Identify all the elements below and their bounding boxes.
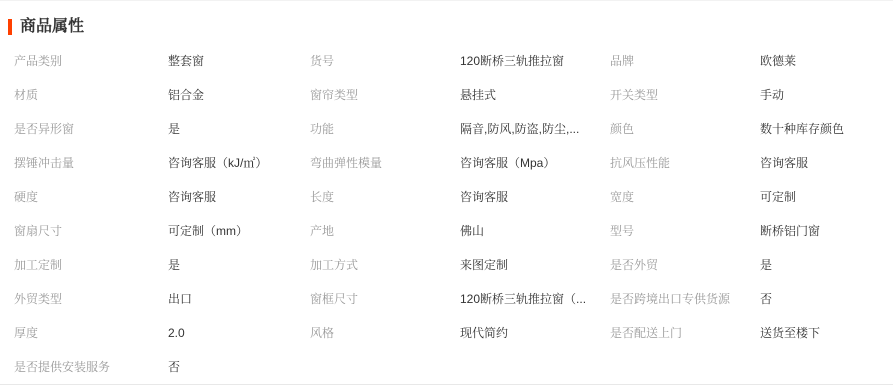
table-row: 产品类别 整套窗 货号 120断桥三轨推拉窗 品牌 欧德莱 xyxy=(14,44,893,78)
table-row: 厚度 2.0 风格 现代简约 是否配送上门 送货至楼下 xyxy=(14,316,893,350)
attr-value: 断桥铝门窗 xyxy=(760,214,893,248)
attr-value: 欧德莱 xyxy=(760,44,893,78)
attr-value: 咨询客服（Mpa） xyxy=(460,146,610,180)
attr-label: 型号 xyxy=(610,214,760,248)
attr-value: 咨询客服（kJ/㎡） xyxy=(168,146,310,180)
attr-value: 佛山 xyxy=(460,214,610,248)
attr-value: 咨询客服 xyxy=(460,180,610,214)
attr-value: 120断桥三轨推拉窗 xyxy=(460,44,610,78)
attr-label: 是否跨境出口专供货源 xyxy=(610,282,760,316)
attr-value: 是 xyxy=(760,248,893,282)
attr-value: 120断桥三轨推拉窗（... xyxy=(460,282,610,316)
attr-value: 铝合金 xyxy=(168,78,310,112)
attr-value: 来图定制 xyxy=(460,248,610,282)
attr-value: 现代简约 xyxy=(460,316,610,350)
attr-label: 厚度 xyxy=(14,316,168,350)
attr-label: 品牌 xyxy=(610,44,760,78)
attr-label: 风格 xyxy=(310,316,460,350)
attr-label: 抗风压性能 xyxy=(610,146,760,180)
attr-label: 材质 xyxy=(14,78,168,112)
attr-label: 颜色 xyxy=(610,112,760,146)
attr-label: 加工方式 xyxy=(310,248,460,282)
accent-bar xyxy=(8,19,12,35)
attr-value: 悬挂式 xyxy=(460,78,610,112)
page-title: 商品属性 xyxy=(20,17,84,37)
attributes-table: 产品类别 整套窗 货号 120断桥三轨推拉窗 品牌 欧德莱 材质 铝合金 窗帘类… xyxy=(0,44,893,384)
attr-label: 窗框尺寸 xyxy=(310,282,460,316)
section-header: 商品属性 xyxy=(0,1,893,37)
product-attributes-panel: 商品属性 产品类别 整套窗 货号 120断桥三轨推拉窗 品牌 欧德莱 材质 铝合… xyxy=(0,0,893,391)
attr-value: 出口 xyxy=(168,282,310,316)
attr-value: 咨询客服 xyxy=(168,180,310,214)
attr-label: 货号 xyxy=(310,44,460,78)
table-row: 外贸类型 出口 窗框尺寸 120断桥三轨推拉窗（... 是否跨境出口专供货源 否 xyxy=(14,282,893,316)
attr-label: 是否外贸 xyxy=(610,248,760,282)
attr-label: 开关类型 xyxy=(610,78,760,112)
attr-label: 产地 xyxy=(310,214,460,248)
attr-value: 数十种库存颜色 xyxy=(760,112,893,146)
attr-label: 硬度 xyxy=(14,180,168,214)
attr-value: 是 xyxy=(168,248,310,282)
table-row: 摆锤冲击量 咨询客服（kJ/㎡） 弯曲弹性模量 咨询客服（Mpa） 抗风压性能 … xyxy=(14,146,893,180)
table-row: 材质 铝合金 窗帘类型 悬挂式 开关类型 手动 xyxy=(14,78,893,112)
table-row: 是否异形窗 是 功能 隔音,防风,防盗,防尘,... 颜色 数十种库存颜色 xyxy=(14,112,893,146)
attr-label: 功能 xyxy=(310,112,460,146)
attr-value: 手动 xyxy=(760,78,893,112)
attr-label: 外贸类型 xyxy=(14,282,168,316)
attr-label: 宽度 xyxy=(610,180,760,214)
attr-label: 长度 xyxy=(310,180,460,214)
attr-value: 是 xyxy=(168,112,310,146)
attr-label: 是否异形窗 xyxy=(14,112,168,146)
table-row: 是否提供安装服务 否 xyxy=(14,350,893,384)
attr-label: 窗扇尺寸 xyxy=(14,214,168,248)
attr-value: 2.0 xyxy=(168,316,310,350)
attr-label: 窗帘类型 xyxy=(310,78,460,112)
attr-label: 加工定制 xyxy=(14,248,168,282)
table-row: 硬度 咨询客服 长度 咨询客服 宽度 可定制 xyxy=(14,180,893,214)
table-row: 加工定制 是 加工方式 来图定制 是否外贸 是 xyxy=(14,248,893,282)
attr-value: 隔音,防风,防盗,防尘,... xyxy=(460,112,610,146)
attr-value: 否 xyxy=(760,282,893,316)
bottom-divider xyxy=(0,384,893,385)
attr-label: 弯曲弹性模量 xyxy=(310,146,460,180)
attr-value: 否 xyxy=(168,350,310,384)
attr-value: 整套窗 xyxy=(168,44,310,78)
attr-label: 产品类别 xyxy=(14,44,168,78)
attr-label: 是否配送上门 xyxy=(610,316,760,350)
attr-value: 送货至楼下 xyxy=(760,316,893,350)
attr-value: 咨询客服 xyxy=(760,146,893,180)
attr-value: 可定制 xyxy=(760,180,893,214)
attr-label: 摆锤冲击量 xyxy=(14,146,168,180)
table-row: 窗扇尺寸 可定制（mm） 产地 佛山 型号 断桥铝门窗 xyxy=(14,214,893,248)
attr-label: 是否提供安装服务 xyxy=(14,350,168,384)
attr-value: 可定制（mm） xyxy=(168,214,310,248)
